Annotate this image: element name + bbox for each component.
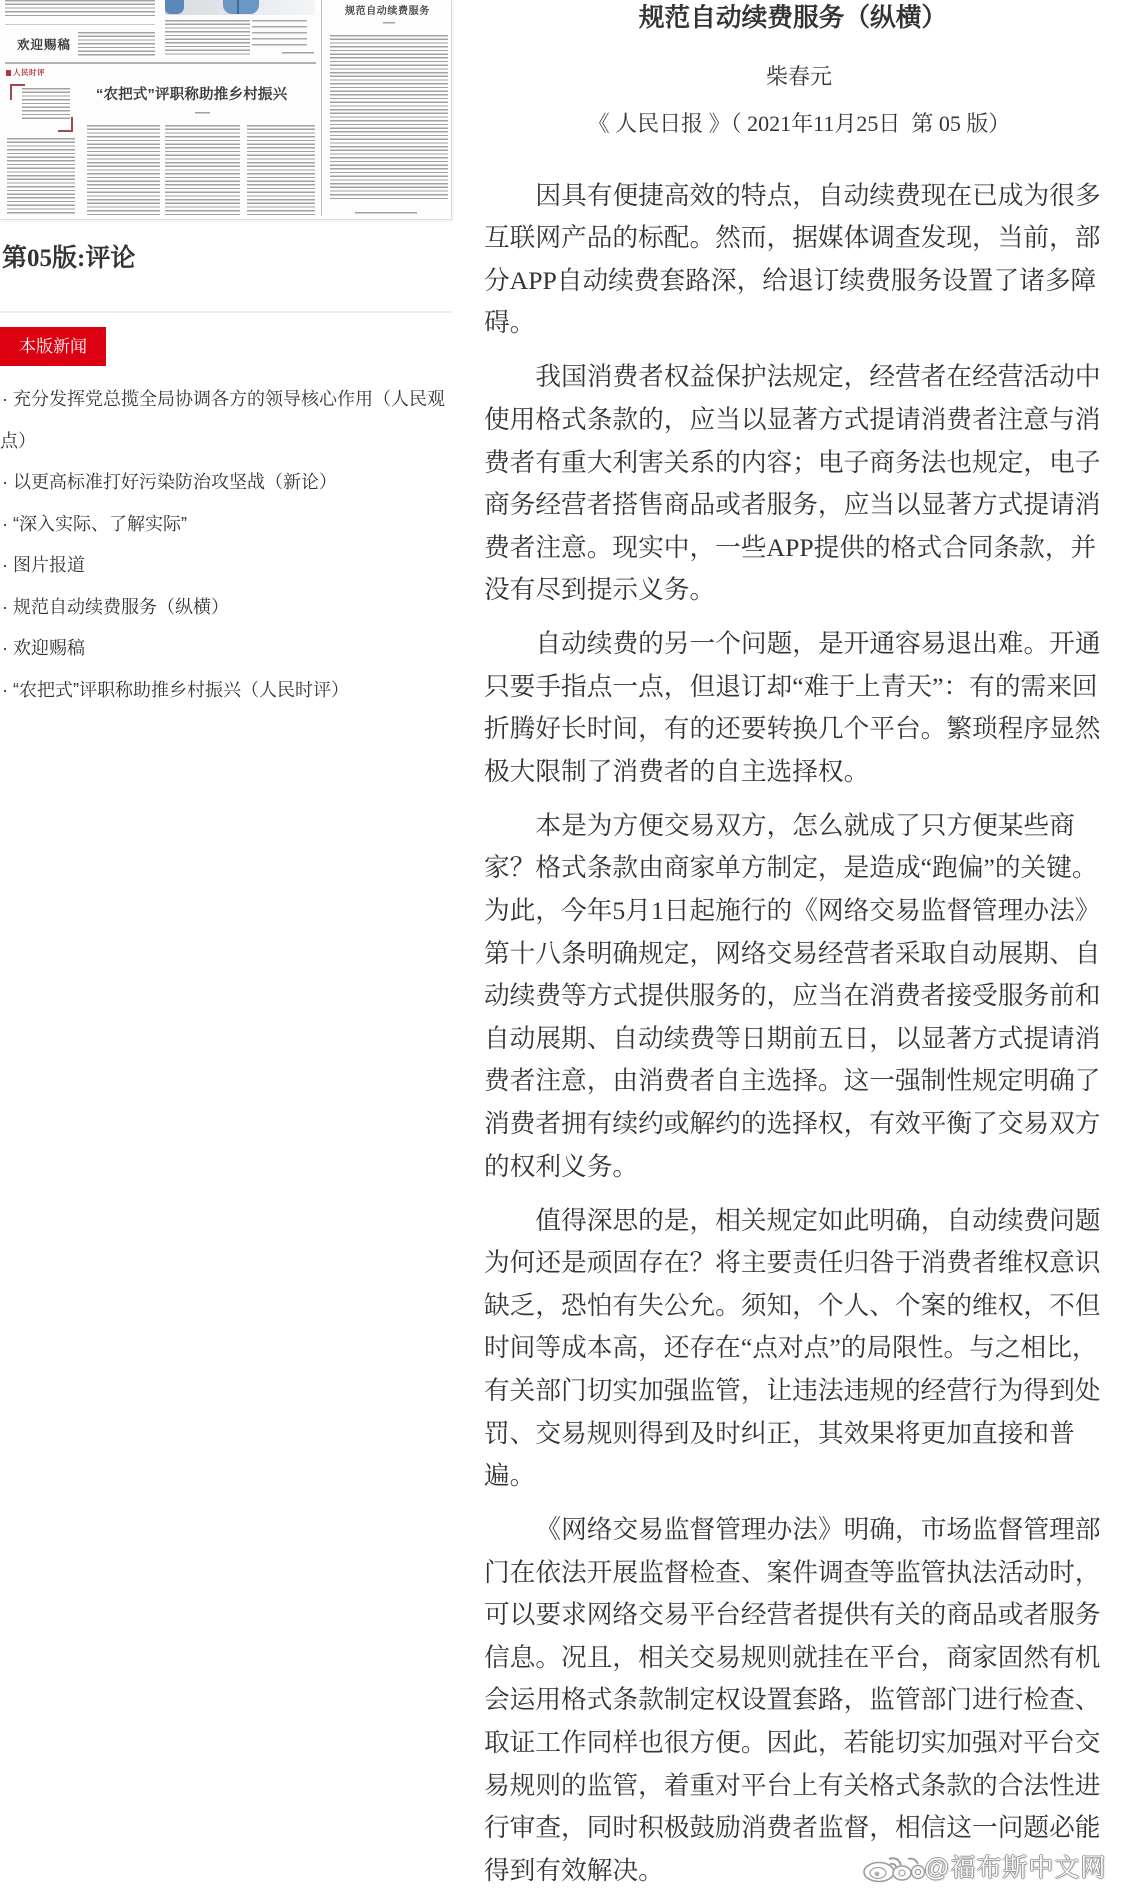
text-line: 极大限制了消费者的自主选择权。 xyxy=(484,751,1124,794)
article-paragraph: 因具有便捷高效的特点，自动续费现在已成为很多 互联网产品的标配。然而，据媒体调查… xyxy=(484,175,1124,345)
text-line: 的权利义务。 xyxy=(484,1146,1124,1189)
thumbnail-text-column xyxy=(87,125,160,215)
thumbnail-right-body xyxy=(330,35,448,201)
text-line: 值得深思的是，相关规定如此明确，自动续费问题 xyxy=(484,1200,1124,1243)
thumbnail-caption-text xyxy=(165,20,250,56)
thumbnail-column-label: 人民时评 xyxy=(6,67,45,78)
news-link[interactable]: 欢迎赐稿 xyxy=(13,638,85,658)
text-line: 因具有便捷高效的特点，自动续费现在已成为很多 xyxy=(484,175,1124,218)
article-author: 柴春元 xyxy=(490,62,1108,92)
text-line: 使用格式条款的，应当以显著方式提请消费者注意与消 xyxy=(484,399,1124,442)
thumbnail-text-block xyxy=(5,0,155,16)
text-line: 罚、交易规则得到及时纠正，其效果将更加直接和普 xyxy=(484,1413,1124,1456)
page-edition-title: 第05版:评论 xyxy=(2,244,135,274)
news-list-item[interactable]: ·欢迎赐稿 xyxy=(0,628,452,670)
text-line: 动续费等方式提供服务的，应当在消费者接受服务前和 xyxy=(484,975,1124,1018)
news-list-item[interactable]: ·图片报道 xyxy=(0,545,452,587)
thumbnail-byline xyxy=(195,112,210,114)
news-list-item[interactable]: ·“农把式”评职称助推乡村振兴（人民时评） xyxy=(0,670,452,712)
text-line: 碍。 xyxy=(484,302,1124,345)
thumbnail-right-title[interactable]: 规范自动续费服务 xyxy=(345,2,430,17)
article-title: 规范自动续费服务（纵横） xyxy=(484,0,1102,36)
text-line: 信息。况且，相关交易规则就挂在平台，商家固然有机 xyxy=(484,1637,1124,1680)
news-link[interactable]: “深入实际、了解实际” xyxy=(13,514,187,534)
text-line: 取证工作同样也很方便。因此，若能切实加强对平台交 xyxy=(484,1722,1124,1765)
thumbnail-illustration xyxy=(165,0,315,15)
text-line: 只要手指点一点，但退订却“难于上青天”：有的需来回 xyxy=(484,666,1124,709)
news-list-item[interactable]: ·“深入实际、了解实际” xyxy=(0,504,452,546)
bullet-icon: · xyxy=(0,545,13,587)
text-line: 费者有重大利害关系的内容；电子商务法也规定，电子 xyxy=(484,442,1124,485)
text-line: 会运用格式条款制定权设置套路，监管部门进行检查、 xyxy=(484,1679,1124,1722)
article-paragraph: 我国消费者权益保护法规定，经营者在经营活动中 使用格式条款的，应当以显著方式提请… xyxy=(484,356,1124,612)
newspaper-page-thumbnail[interactable]: 欢迎赐稿 人民时评 “农把式”评职称助推乡村振兴 规范自动续费服务 xyxy=(0,0,452,220)
bullet-icon: · xyxy=(0,462,13,504)
text-line: 为此，今年5月1日起施行的《网络交易监督管理办法》 xyxy=(484,890,1124,933)
article-paragraph: 值得深思的是，相关规定如此明确，自动续费问题 为何还是顽固存在？将主要责任归咎于… xyxy=(484,1200,1124,1498)
thumbnail-column-label-text: 人民时评 xyxy=(13,68,45,77)
text-line: 没有尽到提示义务。 xyxy=(484,569,1124,612)
text-line: 易规则的监管，着重对平台上有关格式条款的合法性进 xyxy=(484,1765,1124,1808)
news-link[interactable]: 图片报道 xyxy=(13,555,85,575)
text-line: 互联网产品的标配。然而，据媒体调查发现，当前，部 xyxy=(484,217,1124,260)
news-link[interactable]: 规范自动续费服务（纵横） xyxy=(13,597,229,617)
article-paragraph: 《网络交易监督管理办法》明确，市场监督管理部 门在依法开展监督检查、案件调查等监… xyxy=(484,1509,1124,1892)
thumbnail-right-byline xyxy=(355,212,417,214)
weibo-logo-icon xyxy=(862,1853,926,1883)
text-line: 有关部门切实加强监管，让违法违规的经营行为得到处 xyxy=(484,1370,1124,1413)
text-line: 费者注意，由消费者自主选择。这一强制性规定明确了 xyxy=(484,1060,1124,1103)
news-link[interactable]: 以更高标准打好污染防治攻坚战（新论） xyxy=(13,472,337,492)
bullet-icon: · xyxy=(0,504,13,546)
sidebar-divider xyxy=(0,311,452,313)
article-paragraph: 本是为方便交易双方，怎么就成了只方便某些商 家？格式条款由商家单方制定，是造成“… xyxy=(484,805,1124,1188)
text-line: 《网络交易监督管理办法》明确，市场监督管理部 xyxy=(484,1509,1124,1552)
news-list-item[interactable]: ·充分发挥党总揽全局协调各方的领导核心作用（人民观点） xyxy=(0,379,452,462)
thumbnail-poem-text xyxy=(252,20,307,50)
text-line: 为何还是顽固存在？将主要责任归咎于消费者维权意识 xyxy=(484,1242,1124,1285)
bullet-icon: · xyxy=(0,587,13,629)
thumbnail-rule xyxy=(5,24,155,25)
illustration-figure xyxy=(223,0,259,14)
illustration-detail xyxy=(237,0,239,14)
text-line: 消费者拥有续约或解约的选择权，有效平衡了交易双方 xyxy=(484,1103,1124,1146)
text-line: 可以要求网络交易平台经营者提供有关的商品或者服务 xyxy=(484,1594,1124,1637)
watermark-text: @福布斯中文网 xyxy=(924,1852,1106,1884)
thumbnail-headline[interactable]: “农把式”评职称助推乡村振兴 xyxy=(96,83,287,104)
page-news-list: ·充分发挥党总揽全局协调各方的领导核心作用（人民观点） ·以更高标准打好污染防治… xyxy=(0,379,452,711)
illustration-figure xyxy=(165,0,184,14)
text-line: 门在依法开展监督检查、案件调查等监管执法活动时， xyxy=(484,1552,1124,1595)
text-line: 时间等成本高，还存在“点对点”的局限性。与之相比， xyxy=(484,1327,1124,1370)
article-source: 《 人民日报 》（ 2021年11月25日 第 05 版） xyxy=(490,109,1108,139)
text-line: 分APP自动续费套路深，给退订续费服务设置了诸多障 xyxy=(484,260,1124,303)
thumbnail-welcome-label: 欢迎赐稿 xyxy=(17,35,71,53)
text-line: 缺乏，恐怕有失公允。须知，个人、个案的维权，不但 xyxy=(484,1285,1124,1328)
article-paragraph: 自动续费的另一个问题，是开通容易退出难。开通 只要手指点一点，但退订却“难于上青… xyxy=(484,623,1124,793)
news-list-item[interactable]: ·以更高标准打好污染防治攻坚战（新论） xyxy=(0,462,452,504)
text-line: 第十八条明确规定，网络交易经营者采取自动展期、自 xyxy=(484,933,1124,976)
text-line: 费者注意。现实中，一些APP提供的格式合同条款，并 xyxy=(484,527,1124,570)
label-square-icon xyxy=(6,70,11,76)
thumbnail-right-author xyxy=(383,22,395,24)
text-line: 家？格式条款由商家单方制定，是造成“跑偏”的关键。 xyxy=(484,847,1124,890)
text-line: 行审查，同时积极鼓励消费者监督，相信这一问题必能 xyxy=(484,1807,1124,1850)
text-line: 折腾好长时间，有的还要转换几个平台。繁琐程序显然 xyxy=(484,708,1124,751)
bullet-icon: · xyxy=(0,670,13,712)
text-line: 自动续费的另一个问题，是开通容易退出难。开通 xyxy=(484,623,1124,666)
text-line: 遍。 xyxy=(484,1455,1124,1498)
article-body: 因具有便捷高效的特点，自动续费现在已成为很多 互联网产品的标配。然而，据媒体调查… xyxy=(484,175,1124,1900)
news-list-item[interactable]: ·规范自动续费服务（纵横） xyxy=(0,587,452,629)
thumbnail-thick-rule xyxy=(5,62,316,64)
tab-this-page-news[interactable]: 本版新闻 xyxy=(0,327,106,366)
bullet-icon: · xyxy=(0,628,13,670)
thumbnail-text-column xyxy=(165,125,240,215)
text-line: 商务经营者搭售商品或者服务，应当以显著方式提请消 xyxy=(484,484,1124,527)
news-link[interactable]: 充分发挥党总揽全局协调各方的领导核心作用（人民观点） xyxy=(0,389,445,451)
thumbnail-text-block xyxy=(78,32,155,56)
thumbnail-pull-quote xyxy=(22,88,70,120)
thumbnail-signature xyxy=(282,52,314,55)
thumbnail-text-column xyxy=(247,125,315,215)
thumbnail-column-divider xyxy=(321,0,322,216)
bullet-icon: · xyxy=(0,379,13,421)
news-link[interactable]: “农把式”评职称助推乡村振兴（人民时评） xyxy=(13,680,349,700)
thumbnail-text-column xyxy=(7,138,75,215)
text-line: 我国消费者权益保护法规定，经营者在经营活动中 xyxy=(484,356,1124,399)
text-line: 自动展期、自动续费等日期前五日，以显著方式提请消 xyxy=(484,1018,1124,1061)
text-line: 本是为方便交易双方，怎么就成了只方便某些商 xyxy=(484,805,1124,848)
